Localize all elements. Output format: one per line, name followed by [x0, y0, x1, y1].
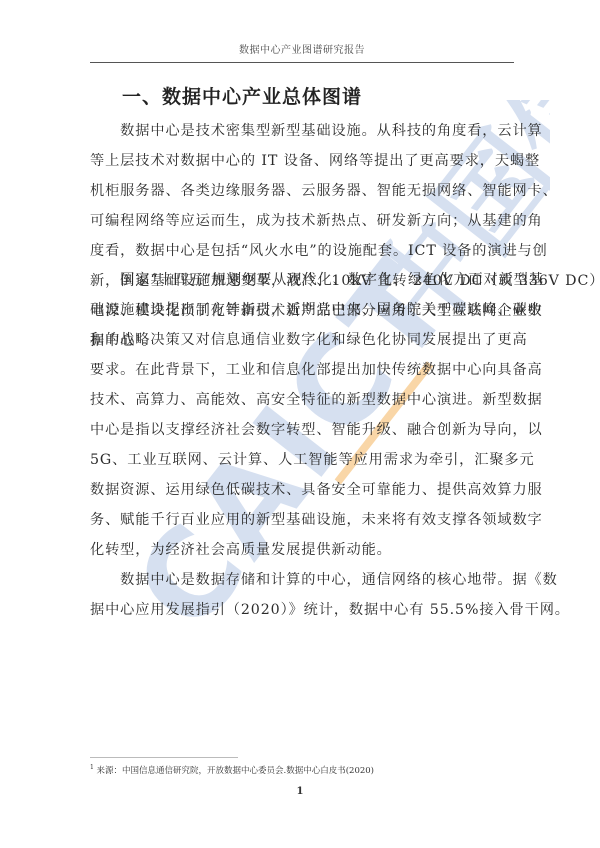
footnote-divider [90, 757, 238, 758]
footnote-text: 来源：中国信息通信研究院，开放数据中心委员会.数据中心白皮书(2020) [97, 766, 374, 776]
running-header: 数据中心产业图谱研究报告 [90, 40, 514, 63]
paragraph-line: 中心是指以支撑经济社会数字转型、智能升级、融合创新为导向，以 [90, 415, 514, 445]
paragraph-line: 化转型，为经济社会高质量发展提供新动能。 [90, 535, 514, 565]
paragraph-line: 务、赋能千行百业应用的新型基础设施，未来将有效支撑各领域数字 [90, 505, 514, 535]
footnote: 1 来源：中国信息通信研究院，开放数据中心委员会.数据中心白皮书(2020) [90, 764, 520, 776]
paragraph-2: 国家“十四五”规划纲要从现代化、数字化、绿色化方面对新型基 础设施建设提出了方针… [90, 265, 514, 565]
paragraph-line: 据中心应用发展指引（2020）》统计，数据中心有 55.5%接入骨干网。 [90, 595, 514, 625]
paragraph-line: 可编程网络等应运而生，成为技术新热点、研发新方向；从基建的角 [90, 206, 514, 236]
paragraph-3: 数据中心是数据存储和计算的中心，通信网络的核心地带。据《数 据中心应用发展指引（… [90, 565, 514, 625]
page-number: 1 [0, 786, 600, 797]
paragraph-line: 数据资源、运用绿色低碳技术、具备安全可靠能力、提供高效算力服 [90, 475, 514, 505]
paragraph-line: 5G、工业互联网、云计算、人工智能等应用需求为牵引，汇聚多元 [90, 445, 514, 475]
paragraph-line: 技术、高算力、高能效、高安全特征的新型数据中心演进。新型数据 [90, 385, 514, 415]
paragraph-line: 度看，数据中心是包括“风火水电”的设施配套。ICT 设备的演进与创 [90, 236, 514, 266]
paragraph-line: 要求。在此背景下，工业和信息化部提出加快传统数据中心向具备高 [90, 355, 514, 385]
paragraph-line: 机柜服务器、各类边缘服务器、云服务器、智能无损网络、智能网卡、 [90, 176, 514, 206]
paragraph-line: 等上层技术对数据中心的 IT 设备、网络等提出了更高要求，天蝎整 [90, 146, 514, 176]
paragraph-line: 数据中心是技术密集型新型基础设施。从科技的角度看，云计算 [90, 116, 514, 146]
paragraph-line: 数据中心是数据存储和计算的中心，通信网络的核心地带。据《数 [90, 565, 514, 595]
paragraph-line: 和的战略决策又对信息通信业数字化和绿色化协同发展提出了更高 [90, 325, 514, 355]
paragraph-line: 国家“十四五”规划纲要从现代化、数字化、绿色化方面对新型基 [90, 265, 514, 295]
paragraph-line: 础设施建设提出了方针指引，近期党中央、国务院关于碳达峰、碳中 [90, 295, 514, 325]
section-heading: 一、数据中心产业总体图谱 [122, 82, 502, 109]
footnote-marker: 1 [90, 764, 94, 771]
header-title: 数据中心产业图谱研究报告 [239, 45, 365, 56]
